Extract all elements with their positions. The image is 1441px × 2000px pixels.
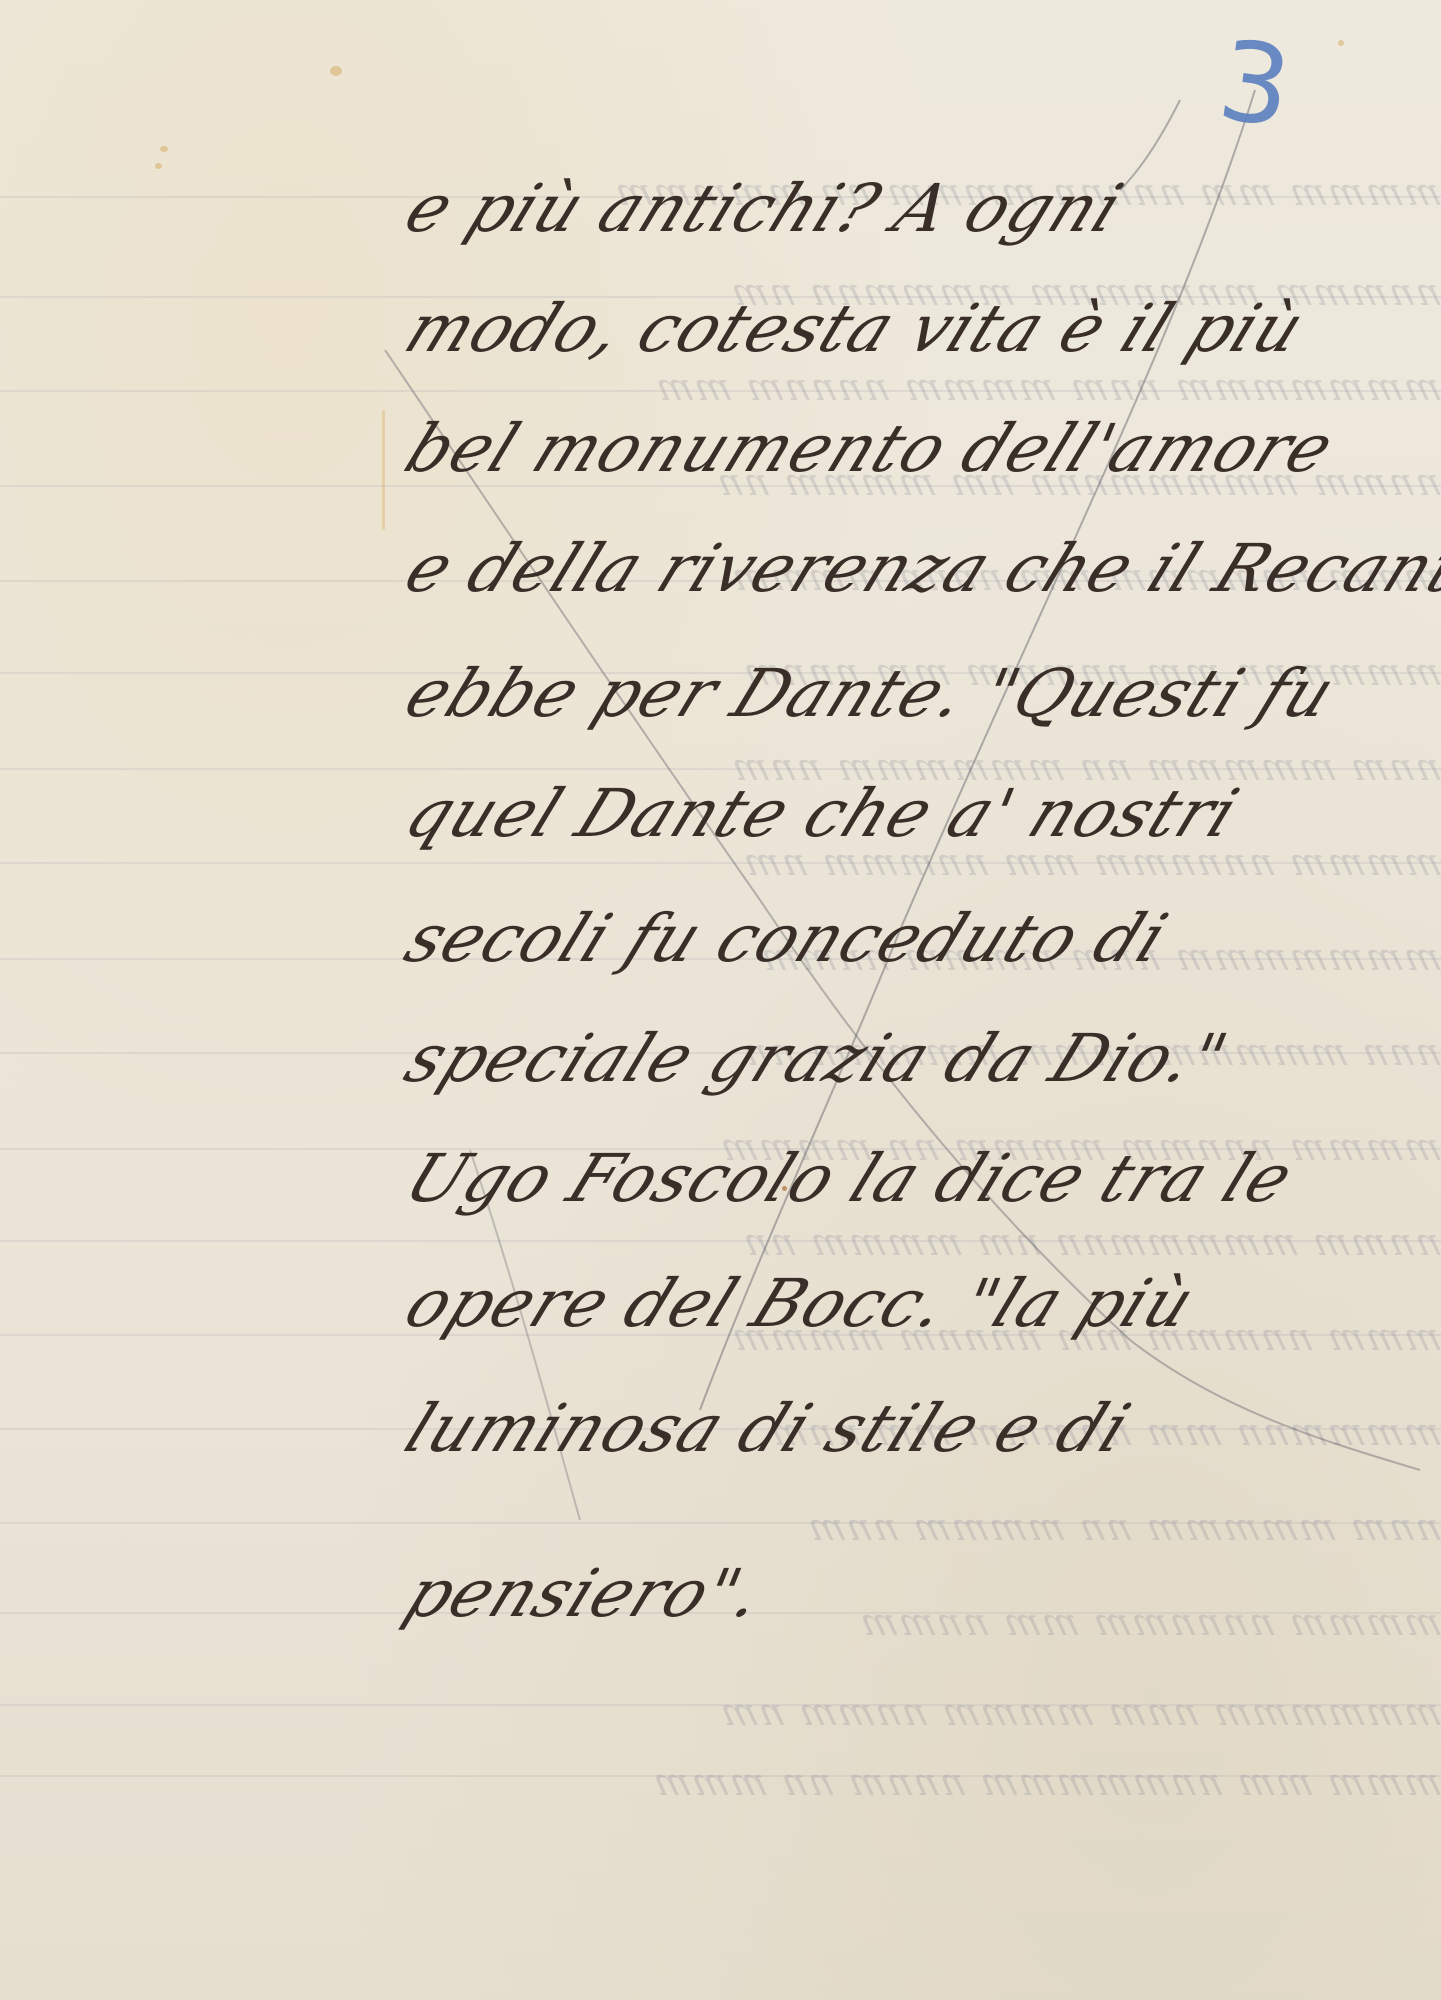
manuscript-line: bel monumento dell'amore bbox=[394, 410, 1345, 487]
manuscript-line: ebbe per Dante. "Questi fu bbox=[394, 655, 1346, 732]
manuscript-line: luminosa di stile e di bbox=[394, 1390, 1141, 1467]
manuscript-line: e della riverenza che il Recanto bbox=[394, 530, 1441, 607]
manuscript-line: speciale grazia da Dio." bbox=[394, 1020, 1239, 1097]
manuscript-line: opere del Bocc. "la più bbox=[394, 1265, 1206, 1342]
manuscript-line: secoli fu conceduto di bbox=[394, 900, 1178, 977]
manuscript-line: pensiero". bbox=[394, 1555, 776, 1632]
manuscript-line: e più antichi? A ogni bbox=[394, 170, 1134, 247]
manuscript-line: quel Dante che a' nostri bbox=[394, 775, 1250, 852]
manuscript-line: modo, cotesta vita è il più bbox=[394, 290, 1316, 367]
manuscript-line: Ugo Foscolo la dice tra le bbox=[394, 1140, 1304, 1217]
